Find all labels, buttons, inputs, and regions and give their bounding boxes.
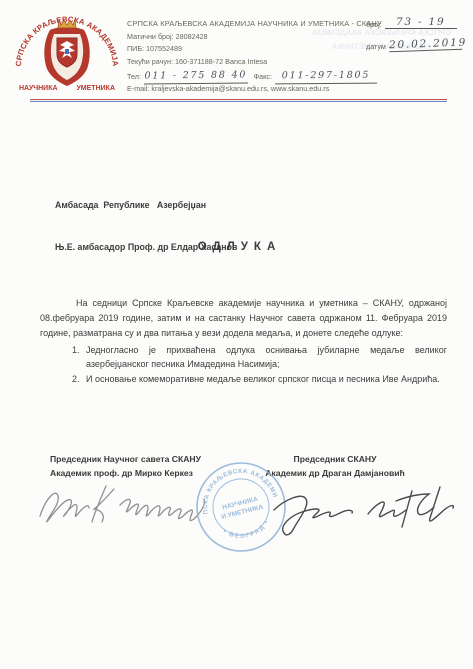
svg-text:• БЕОГРАД •: • БЕОГРАД • bbox=[221, 517, 274, 545]
right-signatory-role: Председник СКАНУ bbox=[255, 452, 415, 466]
fax-handwritten-value: 011-297-1805 bbox=[275, 69, 377, 83]
recipient-line1: Амбасада Републике Азербејџан bbox=[55, 198, 237, 212]
body-paragraph: На седници Српске Краљевске академије на… bbox=[40, 296, 447, 341]
recipient-block: Амбасада Републике Азербејџан Њ.Е. амбас… bbox=[55, 170, 237, 282]
decision-list: 1. Једногласно је прихваћена одлука осни… bbox=[72, 343, 447, 387]
document-meta: број: 73 - 19 датум 20.02.2019 bbox=[366, 16, 466, 60]
left-signatory-role: Председник Научног савета СКАНУ bbox=[50, 452, 240, 466]
list-item-number: 2. bbox=[72, 372, 86, 386]
tax-id: ПИБ: 107552489 bbox=[127, 43, 377, 56]
doc-date-label: датум bbox=[366, 42, 386, 51]
document-title: ОДЛУКА bbox=[0, 241, 473, 253]
registration-number: Матични број: 28082428 bbox=[127, 31, 377, 44]
stamp-bottom-text: • БЕОГРАД • bbox=[221, 517, 274, 545]
tel-fax-row: Тел: 011 - 275 88 40 Факс: 011-297-1805 bbox=[127, 69, 377, 83]
divider-blue-stripe bbox=[30, 101, 447, 102]
right-signature bbox=[268, 478, 468, 540]
list-item-text: Једногласно је прихваћена одлука оснивањ… bbox=[86, 343, 447, 371]
tel-handwritten-value: 011 - 275 88 40 bbox=[144, 69, 248, 84]
logo-left-word: НАУЧНИКА bbox=[19, 85, 58, 92]
list-item: 2. И основање комеморативне медаље велик… bbox=[72, 372, 447, 386]
doc-date-row: датум 20.02.2019 bbox=[366, 38, 466, 51]
academy-crest-logo: СРПСКА КРАЉЕВСКА АКАДЕМИЈА НАУЧНИКА УМЕТ… bbox=[14, 6, 120, 104]
tel-label: Тел: bbox=[127, 71, 141, 84]
list-item-number: 1. bbox=[72, 343, 86, 371]
tricolor-divider bbox=[30, 99, 447, 102]
bank-account: Текући рачун: 160-371188-72 Banca Intesa bbox=[127, 56, 377, 69]
scanned-letter-page: СРПСКА КРАЉЕВСКА АКАДЕМИЈА НАУЧНИКА УМЕТ… bbox=[0, 0, 473, 669]
fax-label: Факс: bbox=[254, 71, 272, 84]
email-line: E-mail: kraljevska-akademija@skanu.edu.r… bbox=[127, 83, 377, 96]
doc-number-label: број: bbox=[366, 20, 382, 29]
doc-number-row: број: 73 - 19 bbox=[366, 16, 466, 29]
letterhead-info: СРПСКА КРАЉЕВСКА АКАДЕМИЈА НАУЧНИКА И УМ… bbox=[127, 18, 377, 96]
list-item-text: И основање комеморативне медаље великог … bbox=[86, 372, 447, 386]
doc-date-handwritten: 20.02.2019 bbox=[389, 37, 462, 53]
crest-inescutcheon bbox=[65, 49, 69, 54]
logo-right-word: УМЕТНИКА bbox=[76, 85, 115, 92]
doc-number-handwritten: 73 - 19 bbox=[385, 16, 457, 29]
list-item: 1. Једногласно је прихваћена одлука осни… bbox=[72, 343, 447, 371]
org-name: СРПСКА КРАЉЕВСКА АКАДЕМИЈА НАУЧНИКА И УМ… bbox=[127, 18, 377, 31]
